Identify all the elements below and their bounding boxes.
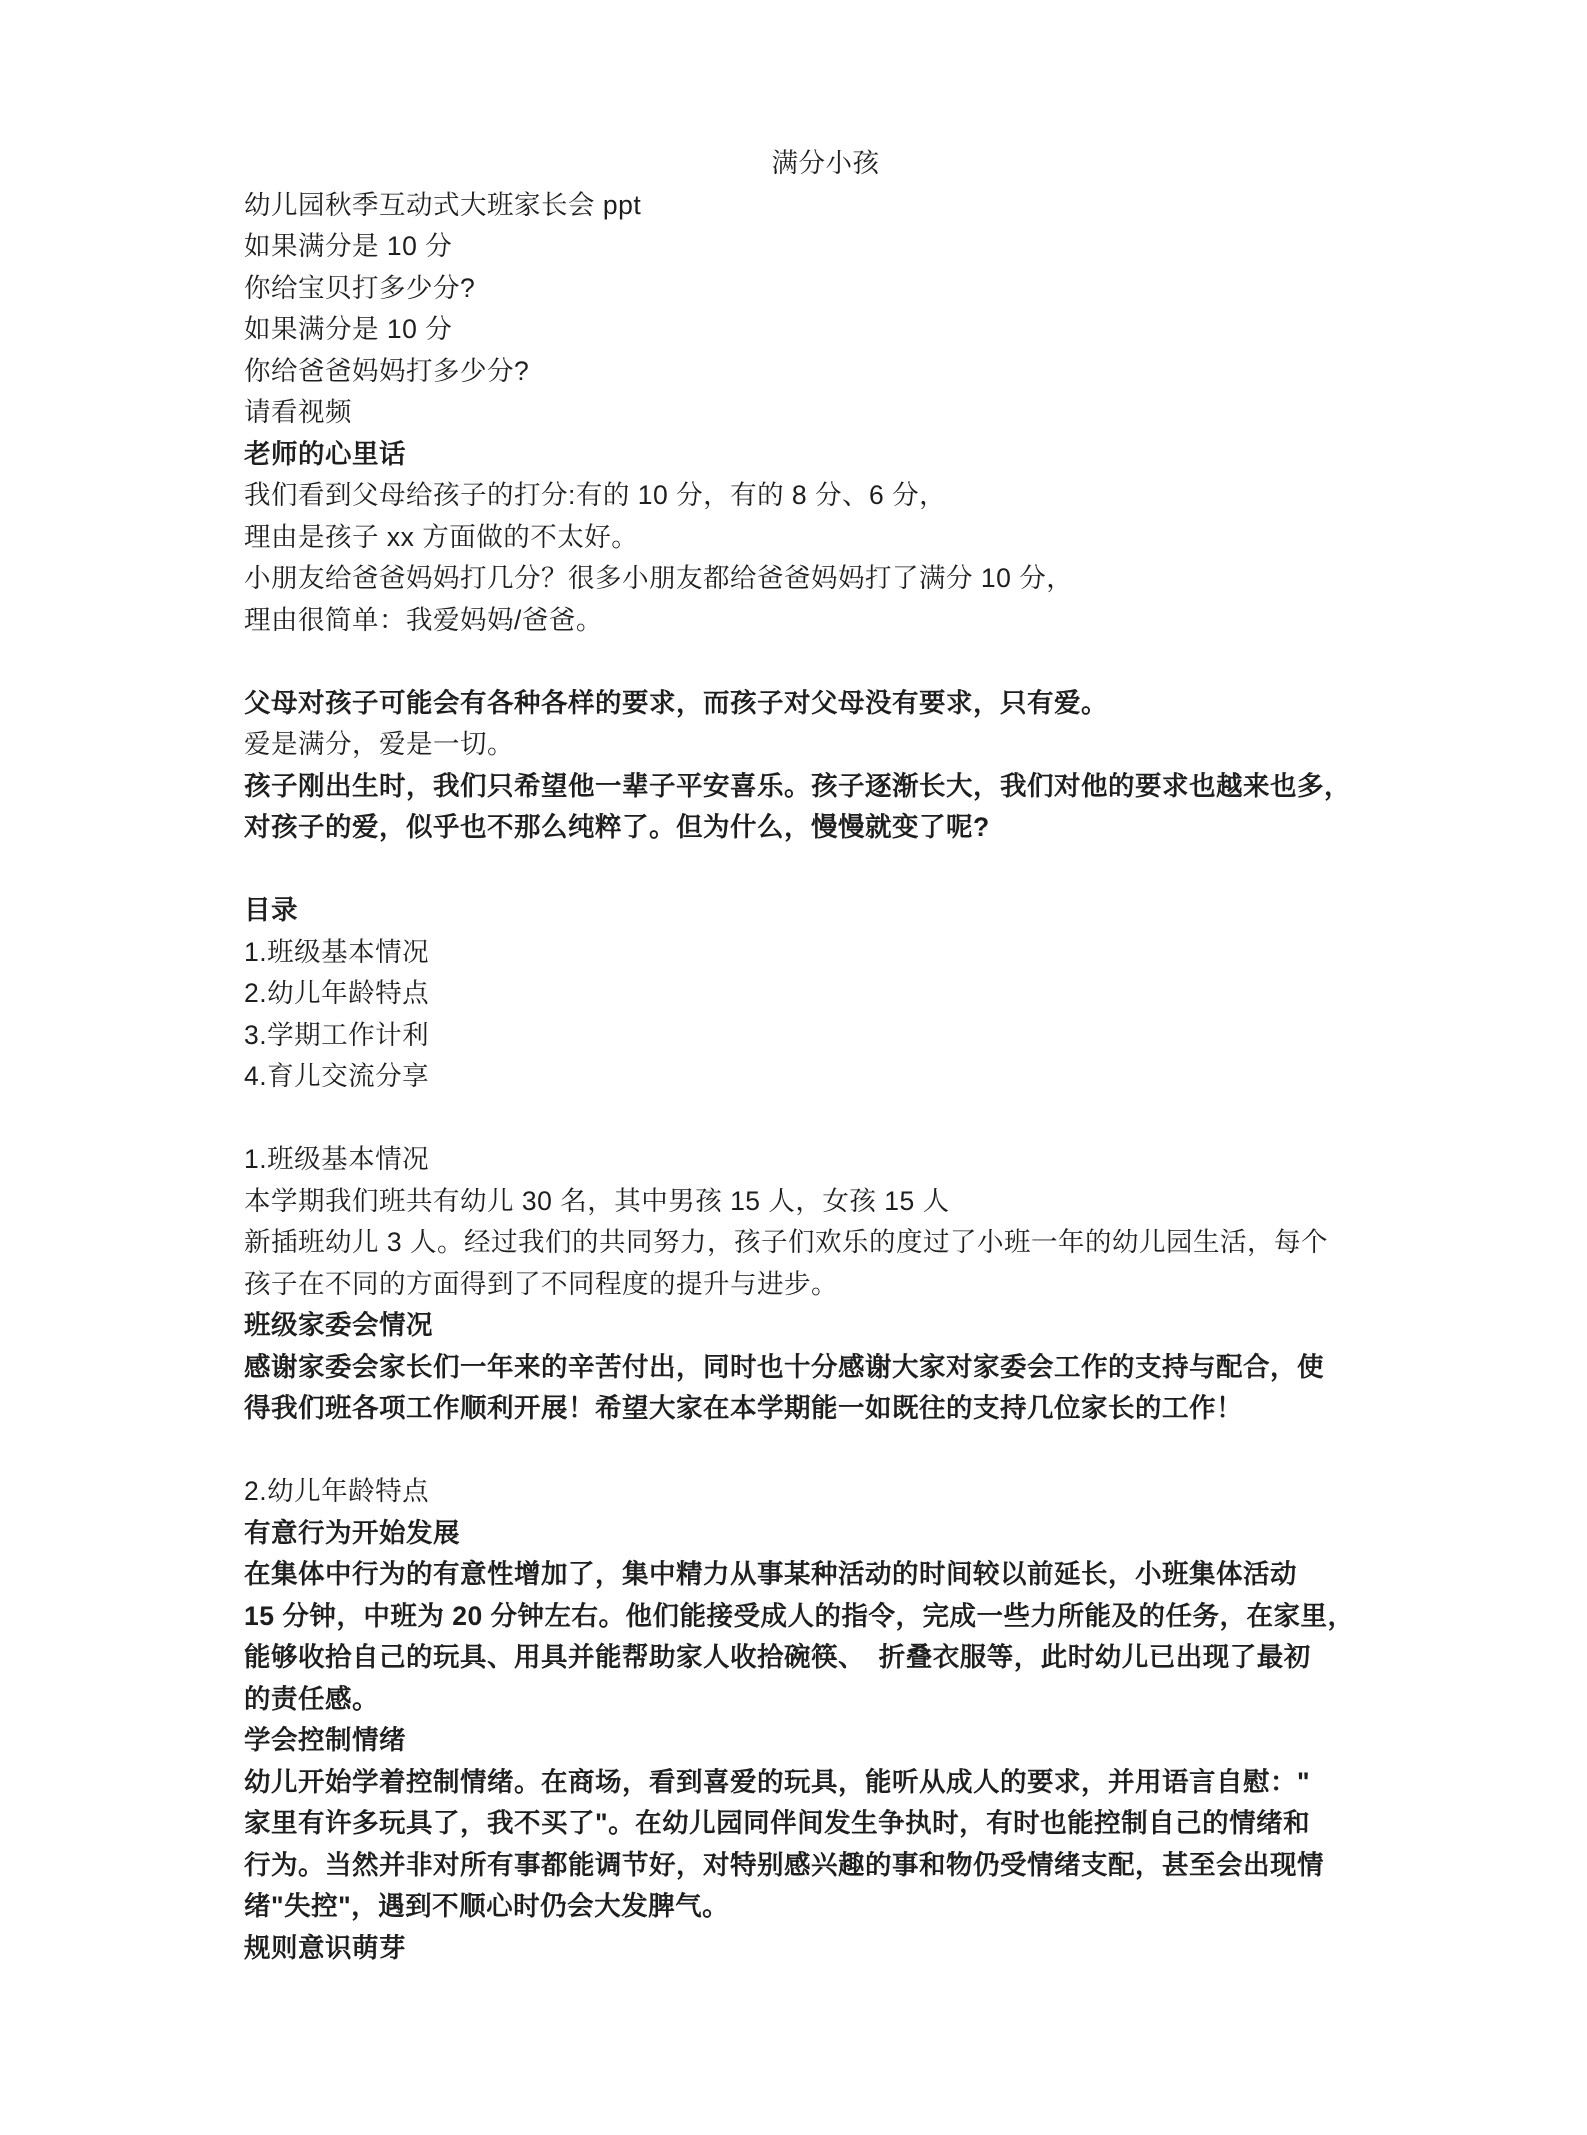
toc-item: 4.育儿交流分享	[244, 1056, 1407, 1098]
doc-line: 爱是满分，爱是一切。	[244, 724, 1407, 766]
doc-line: 对孩子的爱，似乎也不那么纯粹了。但为什么，慢慢就变了呢?	[244, 807, 1407, 849]
doc-line: 行为。当然并非对所有事都能调节好，对特别感兴趣的事和物仍受情绪支配，甚至会出现情	[244, 1845, 1407, 1887]
doc-line: 我们看到父母给孩子的打分:有的 10 分，有的 8 分、6 分，	[244, 475, 1407, 517]
toc-item: 3.学期工作计利	[244, 1015, 1407, 1057]
doc-line: 理由很简单：我爱妈妈/爸爸。	[244, 600, 1407, 642]
doc-heading: 老师的心里话	[244, 434, 1407, 476]
doc-line: 能够收拾自己的玩具、用具并能帮助家人收拾碗筷、 折叠衣服等，此时幼儿已出现了最初	[244, 1637, 1407, 1679]
doc-line: 在集体中行为的有意性增加了，集中精力从事某种活动的时间较以前延长，小班集体活动	[244, 1554, 1407, 1596]
doc-line: 孩子刚出生时，我们只希望他一辈子平安喜乐。孩子逐渐长大，我们对他的要求也越来也多…	[244, 766, 1407, 808]
doc-line: 孩子在不同的方面得到了不同程度的提升与进步。	[244, 1264, 1407, 1306]
doc-heading: 班级家委会情况	[244, 1305, 1407, 1347]
document-page: 满分小孩 幼儿园秋季互动式大班家长会 ppt 如果满分是 10 分 你给宝贝打多…	[0, 0, 1587, 2135]
blank-line	[244, 641, 1407, 683]
doc-line: 家里有许多玩具了，我不买了"。在幼儿园同伴间发生争执时，有时也能控制自己的情绪和	[244, 1803, 1407, 1845]
doc-line: 本学期我们班共有幼儿 30 名，其中男孩 15 人，女孩 15 人	[244, 1181, 1407, 1223]
doc-line: 得我们班各项工作顺利开展！希望大家在本学期能一如既往的支持几位家长的工作！	[244, 1388, 1407, 1430]
section-heading: 1.班级基本情况	[244, 1139, 1407, 1181]
doc-line: 的责任感。	[244, 1679, 1407, 1721]
blank-line	[244, 1098, 1407, 1140]
doc-line: 15 分钟，中班为 20 分钟左右。他们能接受成人的指令，完成一些力所能及的任务…	[244, 1596, 1407, 1638]
toc-item: 1.班级基本情况	[244, 932, 1407, 974]
doc-line: 小朋友给爸爸妈妈打几分？很多小朋友都给爸爸妈妈打了满分 10 分，	[244, 558, 1407, 600]
doc-line: 绪"失控"，遇到不顺心时仍会大发脾气。	[244, 1886, 1407, 1928]
doc-line: 感谢家委会家长们一年来的辛苦付出，同时也十分感谢大家对家委会工作的支持与配合，使	[244, 1347, 1407, 1389]
doc-heading: 学会控制情绪	[244, 1720, 1407, 1762]
doc-line: 如果满分是 10 分	[244, 309, 1407, 351]
doc-line: 你给宝贝打多少分?	[244, 268, 1407, 310]
toc-item: 2.幼儿年龄特点	[244, 973, 1407, 1015]
doc-line: 幼儿开始学着控制情绪。在商场，看到喜爱的玩具，能听从成人的要求，并用语言自慰："	[244, 1762, 1407, 1804]
doc-line: 父母对孩子可能会有各种各样的要求，而孩子对父母没有要求，只有爱。	[244, 683, 1407, 725]
doc-heading: 规则意识萌芽	[244, 1928, 1407, 1970]
doc-line: 新插班幼儿 3 人。经过我们的共同努力，孩子们欢乐的度过了小班一年的幼儿园生活，…	[244, 1222, 1407, 1264]
doc-line: 如果满分是 10 分	[244, 226, 1407, 268]
blank-line	[244, 1430, 1407, 1472]
blank-line	[244, 849, 1407, 891]
doc-line: 理由是孩子 xx 方面做的不太好。	[244, 517, 1407, 559]
doc-title: 满分小孩	[244, 143, 1407, 185]
doc-heading: 目录	[244, 890, 1407, 932]
doc-line: 请看视频	[244, 392, 1407, 434]
doc-heading: 有意行为开始发展	[244, 1513, 1407, 1555]
doc-line: 幼儿园秋季互动式大班家长会 ppt	[244, 185, 1407, 227]
doc-line: 你给爸爸妈妈打多少分?	[244, 351, 1407, 393]
section-heading: 2.幼儿年龄特点	[244, 1471, 1407, 1513]
